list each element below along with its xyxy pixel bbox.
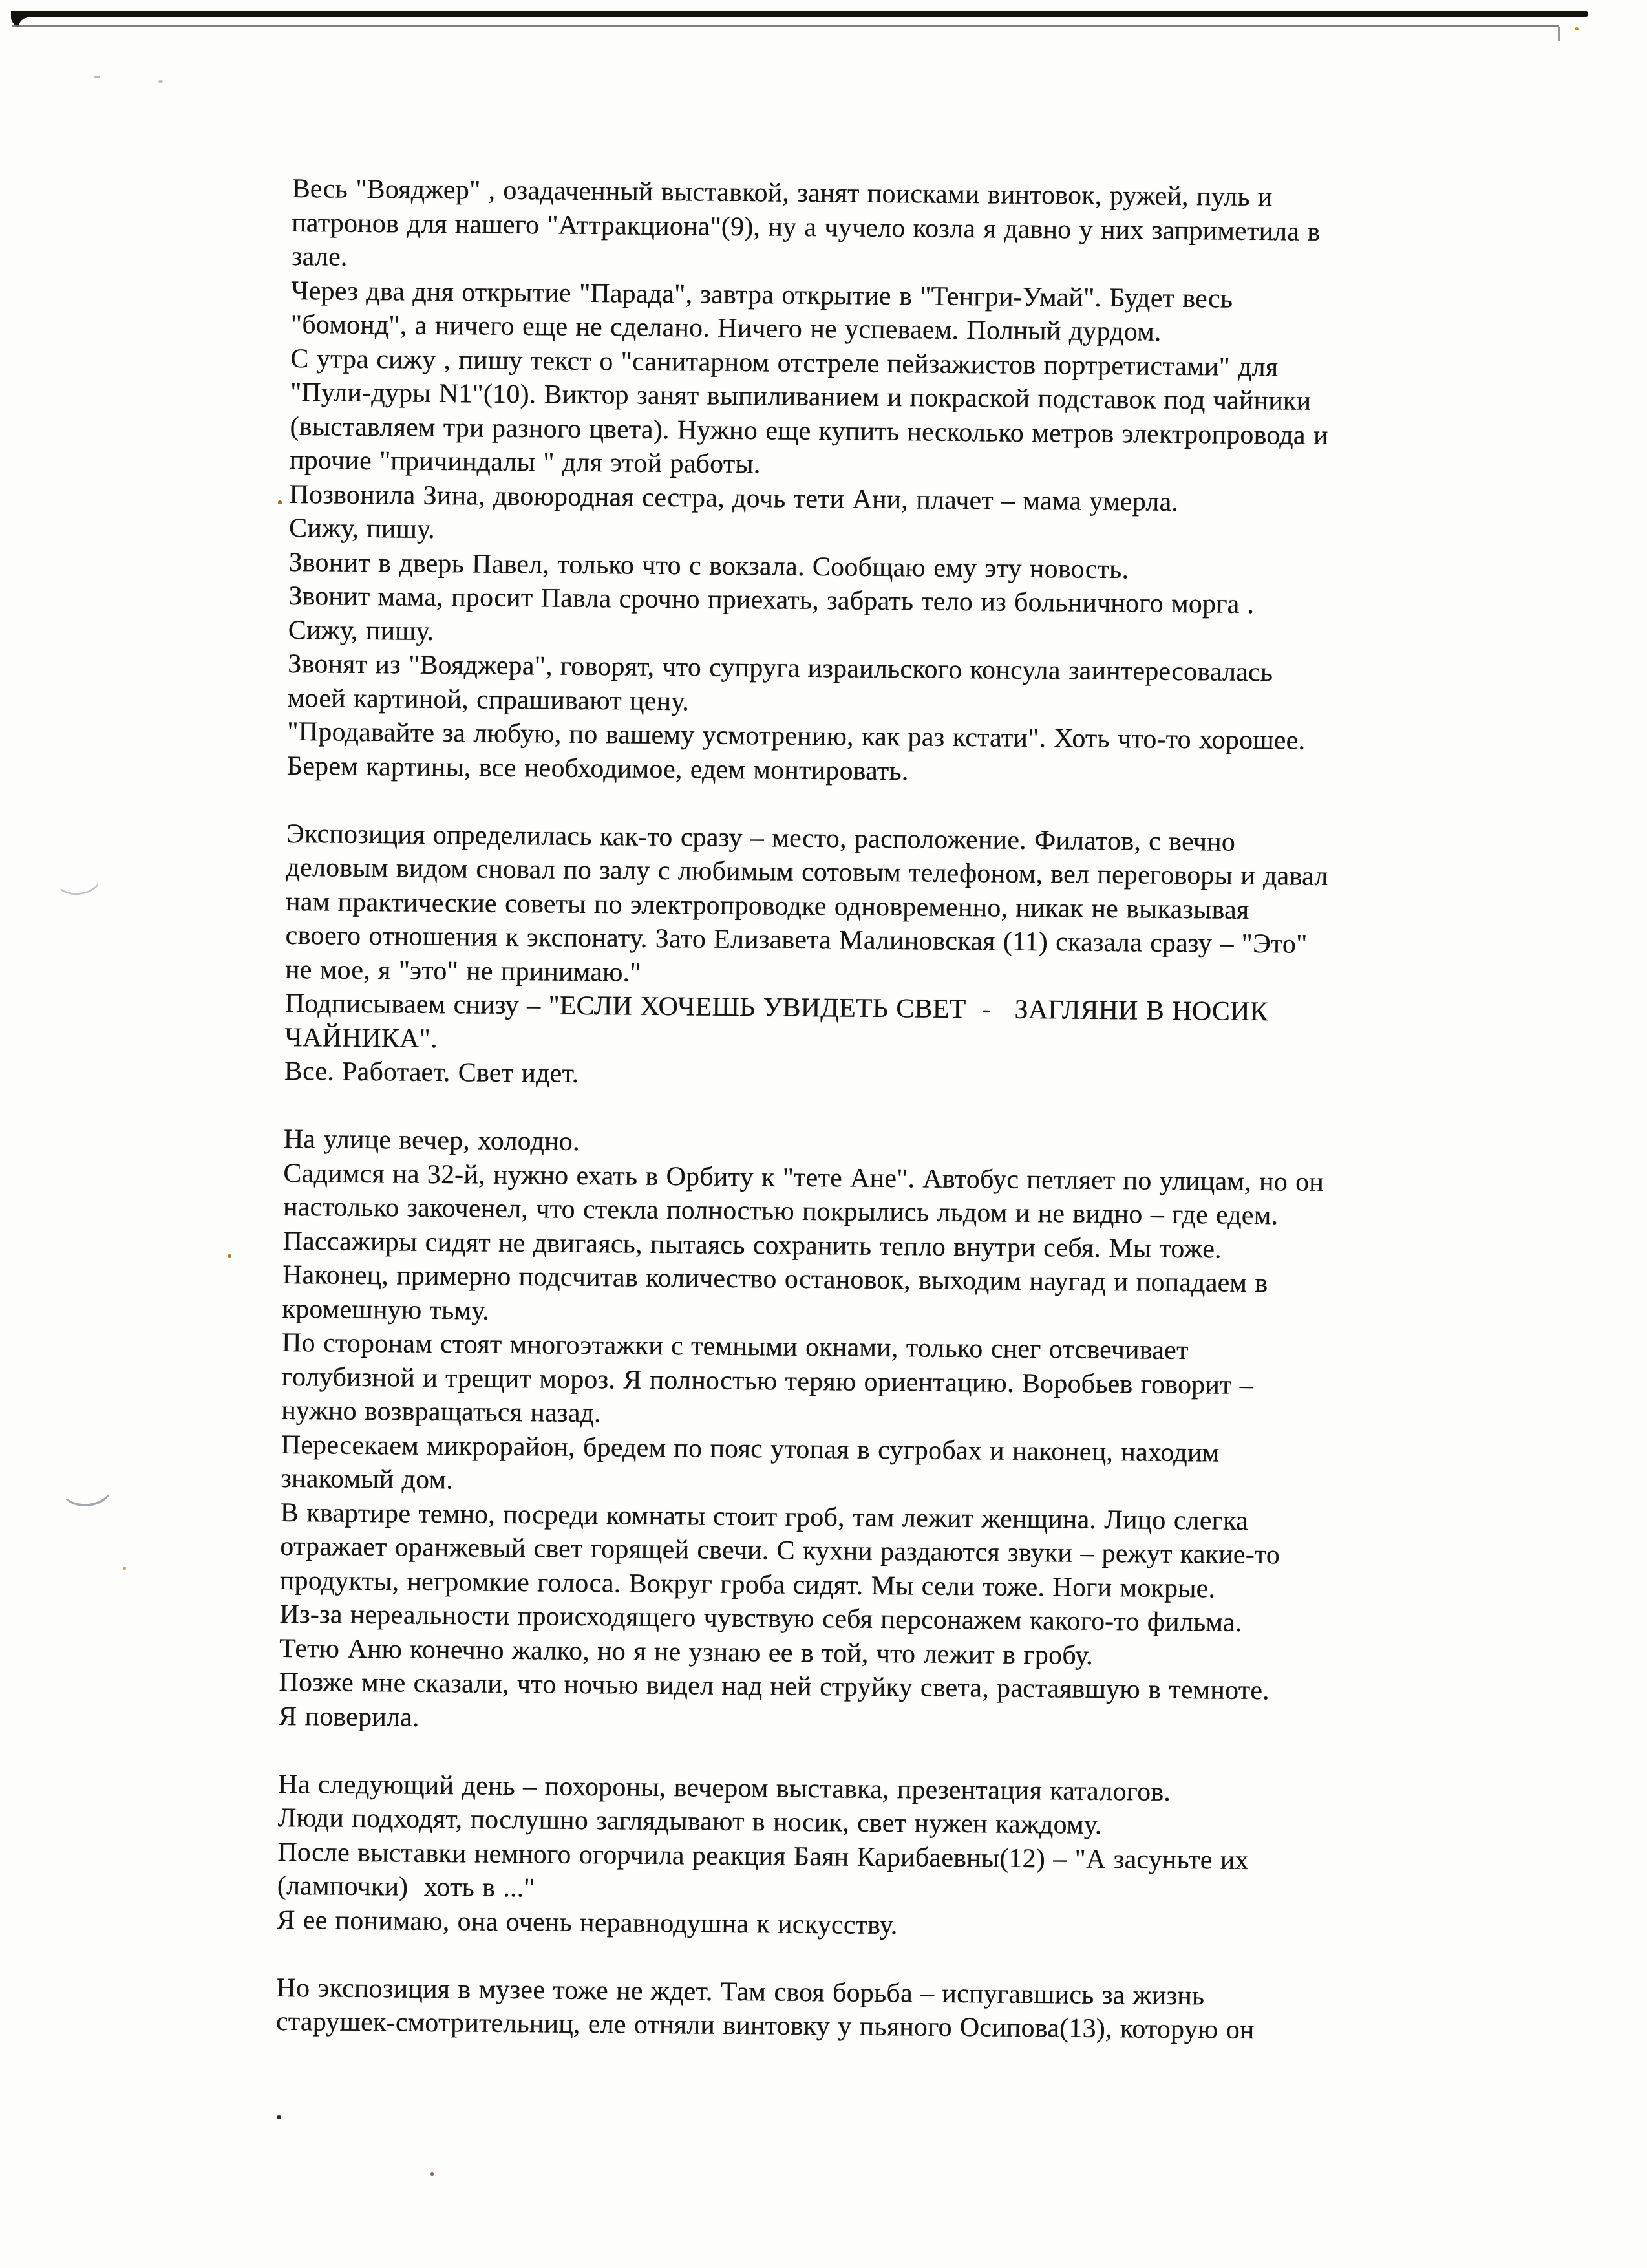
scan-speck <box>123 1567 126 1570</box>
scan-speck <box>430 2172 434 2176</box>
page-text: Весь "Вояджер" , озадаченный выставкой, … <box>276 172 1404 2048</box>
scanned-page: Весь "Вояджер" , озадаченный выставкой, … <box>0 0 1647 2268</box>
scanner-edge-band <box>36 11 1588 17</box>
page-top-edge-line <box>12 25 1559 27</box>
scan-speck <box>277 2115 281 2119</box>
page-top-edge-corner-line <box>1558 27 1560 41</box>
hole-punch-mark <box>52 857 104 898</box>
scan-speck <box>94 76 100 78</box>
scan-speck <box>278 500 282 504</box>
hole-punch-mark <box>59 1467 114 1509</box>
scan-speck <box>228 1254 231 1258</box>
scan-speck <box>158 80 163 83</box>
scan-speck <box>1575 27 1579 30</box>
